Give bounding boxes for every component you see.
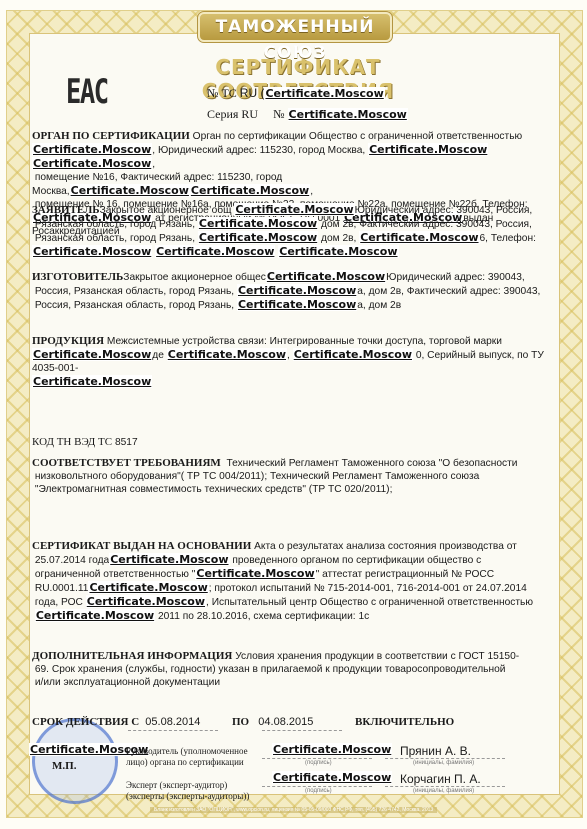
masked-text: Certificate.Moscow xyxy=(35,609,155,622)
date-line xyxy=(262,730,342,731)
tc-prefix: RU ( xyxy=(240,86,265,100)
tc-number: № ТС RU (Certificate.Moscow xyxy=(207,86,385,101)
organ-heading: ОРГАН ПО СЕРТИФИКАЦИИ xyxy=(32,130,190,142)
basis-text: Акта о результатах анализа состояния про… xyxy=(254,541,517,552)
organ-text: , Юридический адрес: 115230, город Москв… xyxy=(152,145,365,156)
head-label: Руководитель (уполномоченное лицо) орган… xyxy=(126,746,248,768)
applicant-text: дом 2в, Фактический адрес: 390043, Росси… xyxy=(321,219,532,230)
series-label: Серия RU xyxy=(207,107,258,121)
masked-text: Certificate.Moscow xyxy=(272,771,392,784)
additional-text: и/или эксплуатационной документации xyxy=(35,677,220,688)
series-value: Certificate.Moscow xyxy=(288,108,408,121)
validity-to-label: ПО xyxy=(232,716,249,728)
expert-signature: Certificate.Moscow xyxy=(272,771,392,784)
basis-text: ограниченной ответственностью " xyxy=(35,569,196,580)
section-basis: СЕРТИФИКАТ ВЫДАН НА ОСНОВАНИИ Акта о рез… xyxy=(32,540,562,623)
series-number: Серия RU № Certificate.Moscow xyxy=(207,107,408,122)
complies-text: низковольтного оборудования"( ТР ТС 004/… xyxy=(35,471,480,482)
expert-label-text: Эксперт (эксперт-аудитор) xyxy=(126,780,227,790)
basis-text: проведенного органом по сертификации общ… xyxy=(232,555,481,566)
product-heading: ПРОДУКЦИЯ xyxy=(32,335,104,347)
basis-heading: СЕРТИФИКАТ ВЫДАН НА ОСНОВАНИИ xyxy=(32,540,251,552)
validity-to: ПО 04.08.2015 xyxy=(232,716,313,728)
masked-text: Certificate.Moscow xyxy=(198,231,318,244)
masked-text: Certificate.Moscow xyxy=(32,143,152,156)
expert-label-text: (эксперты (эксперты-аудиторы)) xyxy=(126,791,249,801)
product-text: де xyxy=(152,350,164,361)
manufacturer-heading: ИЗГОТОВИТЕЛЬ xyxy=(32,271,123,283)
section-complies: СООТВЕТСТВУЕТ ТРЕБОВАНИЯМ Технический Ре… xyxy=(32,457,562,496)
applicant-text: 6, Телефон: xyxy=(480,233,536,244)
series-no-label: № xyxy=(273,107,284,121)
masked-text: Certificate.Moscow xyxy=(266,270,386,283)
manufacturer-text: Россия, Рязанская область, город Рязань, xyxy=(35,286,234,297)
masked-text: Certificate.Moscow xyxy=(190,184,310,197)
code-value: 8517 xyxy=(115,437,138,448)
validity-from: СРОК ДЕЙСТВИЯ С 05.08.2014 xyxy=(32,716,200,728)
applicant-text: Закрытое акционерное общ xyxy=(100,205,232,216)
additional-text: Условия хранения продукции в соответстви… xyxy=(235,651,519,662)
additional-heading: ДОПОЛНИТЕЛЬНАЯ ИНФОРМАЦИЯ xyxy=(32,650,232,662)
date-line xyxy=(128,730,218,731)
masked-text: Certificate.Moscow xyxy=(167,348,287,361)
section-product: ПРОДУКЦИЯ Межсистемные устройства связи:… xyxy=(32,335,562,389)
masked-text: Certificate.Moscow xyxy=(234,203,354,216)
validity-to-date: 04.08.2015 xyxy=(258,716,313,728)
basis-text: ; протокол испытаний № 715-2014-001, 716… xyxy=(209,583,527,594)
manufacturer-text: Юридический адрес: 390043, xyxy=(386,272,525,283)
expert-label: Эксперт (эксперт-аудитор) (эксперты (экс… xyxy=(126,780,249,802)
signature-line xyxy=(262,786,372,787)
applicant-text: Юридический адрес: 390043, Россия, xyxy=(355,205,533,216)
head-label-text: лицо) органа по сертификации xyxy=(126,757,244,767)
signature-caption: (подпись) xyxy=(305,760,332,766)
basis-text: 25.07.2014 года xyxy=(35,555,109,566)
name-line xyxy=(385,786,505,787)
section-applicant: ЗАЯВИТЕЛЬЗакрытое акционерное общ Certif… xyxy=(32,203,562,259)
mp-label: М.П. xyxy=(52,760,76,772)
basis-text: " аттестат регистрационный № РОСС xyxy=(316,569,494,580)
form-footer: Бланк изготовлен ЗАО "ОПЦИОН", www.opcio… xyxy=(150,807,437,813)
tc-label: № ТС xyxy=(207,86,237,100)
masked-text: Certificate.Moscow xyxy=(32,375,152,388)
masked-text: Certificate.Moscow xyxy=(237,298,357,311)
masked-text: Certificate.Moscow xyxy=(32,348,152,361)
applicant-text: Рязанская область, город Рязань, xyxy=(35,219,195,230)
section-additional: ДОПОЛНИТЕЛЬНАЯ ИНФОРМАЦИЯ Условия хранен… xyxy=(32,650,562,689)
complies-heading: СООТВЕТСТВУЕТ ТРЕБОВАНИЯМ xyxy=(32,457,221,469)
masked-text: Certificate.Moscow xyxy=(32,245,152,258)
masked-text: Certificate.Moscow xyxy=(278,245,398,258)
name-caption: (инициалы, фамилия) xyxy=(413,760,474,766)
basis-text: года, РОС xyxy=(35,597,83,608)
head-label-text: Руководитель (уполномоченное xyxy=(126,746,248,756)
masked-text: Certificate.Moscow xyxy=(109,553,229,566)
masked-text: Certificate.Moscow xyxy=(368,143,488,156)
validity-inclusive: ВКЛЮЧИТЕЛЬНО xyxy=(355,716,454,728)
name-caption: (инициалы, фамилия) xyxy=(413,788,474,794)
applicant-heading: ЗАЯВИТЕЛЬ xyxy=(32,204,100,216)
applicant-text: дом 2в, xyxy=(321,233,356,244)
organ-text: Орган по сертификации Общество с огранич… xyxy=(193,131,523,142)
masked-text: Certificate.Moscow xyxy=(70,184,190,197)
masked-text: Certificate.Moscow xyxy=(155,245,275,258)
signature-line xyxy=(262,758,372,759)
manufacturer-text: а, дом 2в xyxy=(357,300,401,311)
basis-text: RU.0001.11 xyxy=(35,583,89,594)
head-name: Прянин А. В. xyxy=(400,744,471,758)
masked-text: Certificate.Moscow xyxy=(88,581,208,594)
manufacturer-text: Закрытое акционерное общес xyxy=(123,272,266,283)
manufacturer-text: а, дом 2в, Фактический адрес: 390043, xyxy=(357,286,540,297)
complies-text: "Электромагнитная совместимость техничес… xyxy=(35,484,393,495)
masked-text: Certificate.Moscow xyxy=(32,157,152,170)
masked-text: Certificate.Moscow xyxy=(293,348,413,361)
masked-text: Certificate.Moscow xyxy=(359,231,479,244)
signature-caption: (подпись) xyxy=(305,788,332,794)
applicant-text: Рязанская область, город Рязань, xyxy=(35,233,195,244)
product-text: Межсистемные устройства связи: Интегриро… xyxy=(107,336,502,347)
masked-text: Certificate.Moscow xyxy=(237,284,357,297)
manufacturer-text: Россия, Рязанская область, город Рязань, xyxy=(35,300,234,311)
section-manufacturer: ИЗГОТОВИТЕЛЬЗакрытое акционерное общесCe… xyxy=(32,270,562,312)
code-label: КОД ТН ВЭД ТС xyxy=(32,436,112,448)
masked-text: Certificate.Moscow xyxy=(195,567,315,580)
complies-text: Технический Регламент Таможенного союза … xyxy=(226,458,517,469)
validity-from-date: 05.08.2014 xyxy=(145,716,200,728)
expert-name: Корчагин П. А. xyxy=(400,772,481,786)
tc-value: Certificate.Moscow xyxy=(264,87,384,100)
basis-text: , Испытательный центр Общество с огранич… xyxy=(206,597,533,608)
masked-text: Certificate.Moscow xyxy=(86,595,206,608)
head-signature: Certificate.Moscow xyxy=(272,743,392,756)
validity-from-label: СРОК ДЕЙСТВИЯ С xyxy=(32,716,139,728)
masked-text: Certificate.Moscow xyxy=(198,217,318,230)
masked-text: Certificate.Moscow xyxy=(272,743,392,756)
customs-union-banner: ТАМОЖЕННЫЙ СОЮЗ xyxy=(198,12,392,42)
eac-logo: EAC xyxy=(66,72,108,112)
additional-text: 69. Срок хранения (службы, годности) ука… xyxy=(35,664,506,675)
basis-text: 2011 по 28.10.2016, схема сертификации: … xyxy=(158,611,369,622)
section-code: КОД ТН ВЭД ТС 8517 xyxy=(32,436,562,449)
name-line xyxy=(385,758,505,759)
